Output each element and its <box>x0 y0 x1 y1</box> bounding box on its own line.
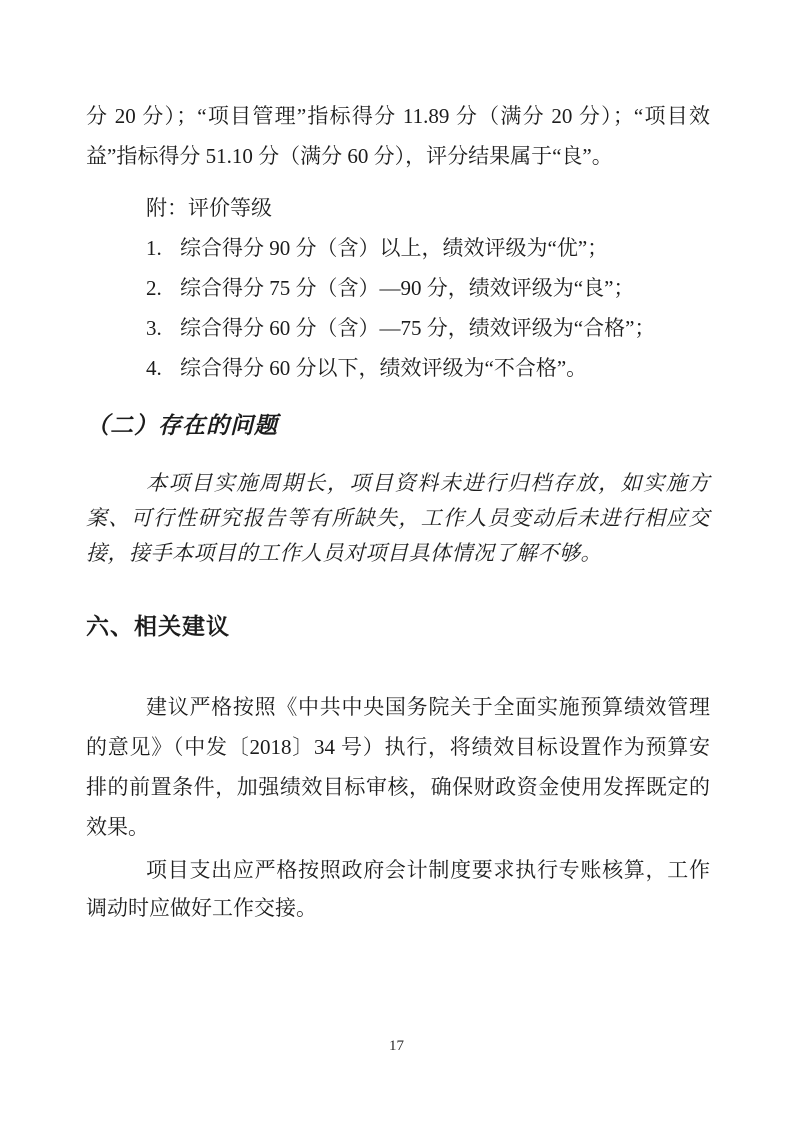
rating-item-excellent: 1. 综合得分 90 分（含）以上，绩效评级为“优”； <box>86 228 710 268</box>
rating-item-text: 综合得分 60 分以下，绩效评级为“不合格”。 <box>180 348 710 388</box>
rating-item-text: 综合得分 75 分（含）—90 分，绩效评级为“良”； <box>180 268 710 308</box>
document-body: 分 20 分）；“项目管理”指标得分 11.89 分（满分 20 分）；“项目效… <box>86 96 710 927</box>
section-heading-problems: （二）存在的问题 <box>86 410 710 442</box>
document-page: 分 20 分）；“项目管理”指标得分 11.89 分（满分 20 分）；“项目效… <box>0 0 793 1122</box>
rating-item-text: 综合得分 90 分（含）以上，绩效评级为“优”； <box>180 228 710 268</box>
suggestions-paragraph-2: 项目支出应严格按照政府会计制度要求执行专账核算，工作调动时应做好工作交接。 <box>86 851 710 927</box>
rating-scale-list: 1. 综合得分 90 分（含）以上，绩效评级为“优”； 2. 综合得分 75 分… <box>86 228 710 388</box>
rating-item-text: 综合得分 60 分（含）—75 分，绩效评级为“合格”； <box>180 308 710 348</box>
score-result-paragraph: 分 20 分）；“项目管理”指标得分 11.89 分（满分 20 分）；“项目效… <box>86 96 710 176</box>
problems-paragraph: 本项目实施周期长，项目资料未进行归档存放，如实施方案、可行性研究报告等有所缺失，… <box>86 466 710 571</box>
rating-item-fail: 4. 综合得分 60 分以下，绩效评级为“不合格”。 <box>86 348 710 388</box>
rating-item-number: 3. <box>146 308 180 348</box>
section-heading-suggestions: 六、相关建议 <box>86 609 710 643</box>
suggestions-paragraph-1: 建议严格按照《中共中央国务院关于全面实施预算绩效管理的意见》（中发〔2018〕3… <box>86 687 710 847</box>
attachment-label: 附：评价等级 <box>86 188 710 228</box>
rating-item-number: 4. <box>146 348 180 388</box>
rating-item-pass: 3. 综合得分 60 分（含）—75 分，绩效评级为“合格”； <box>86 308 710 348</box>
rating-item-good: 2. 综合得分 75 分（含）—90 分，绩效评级为“良”； <box>86 268 710 308</box>
page-number: 17 <box>0 1038 793 1055</box>
rating-item-number: 2. <box>146 268 180 308</box>
rating-item-number: 1. <box>146 228 180 268</box>
